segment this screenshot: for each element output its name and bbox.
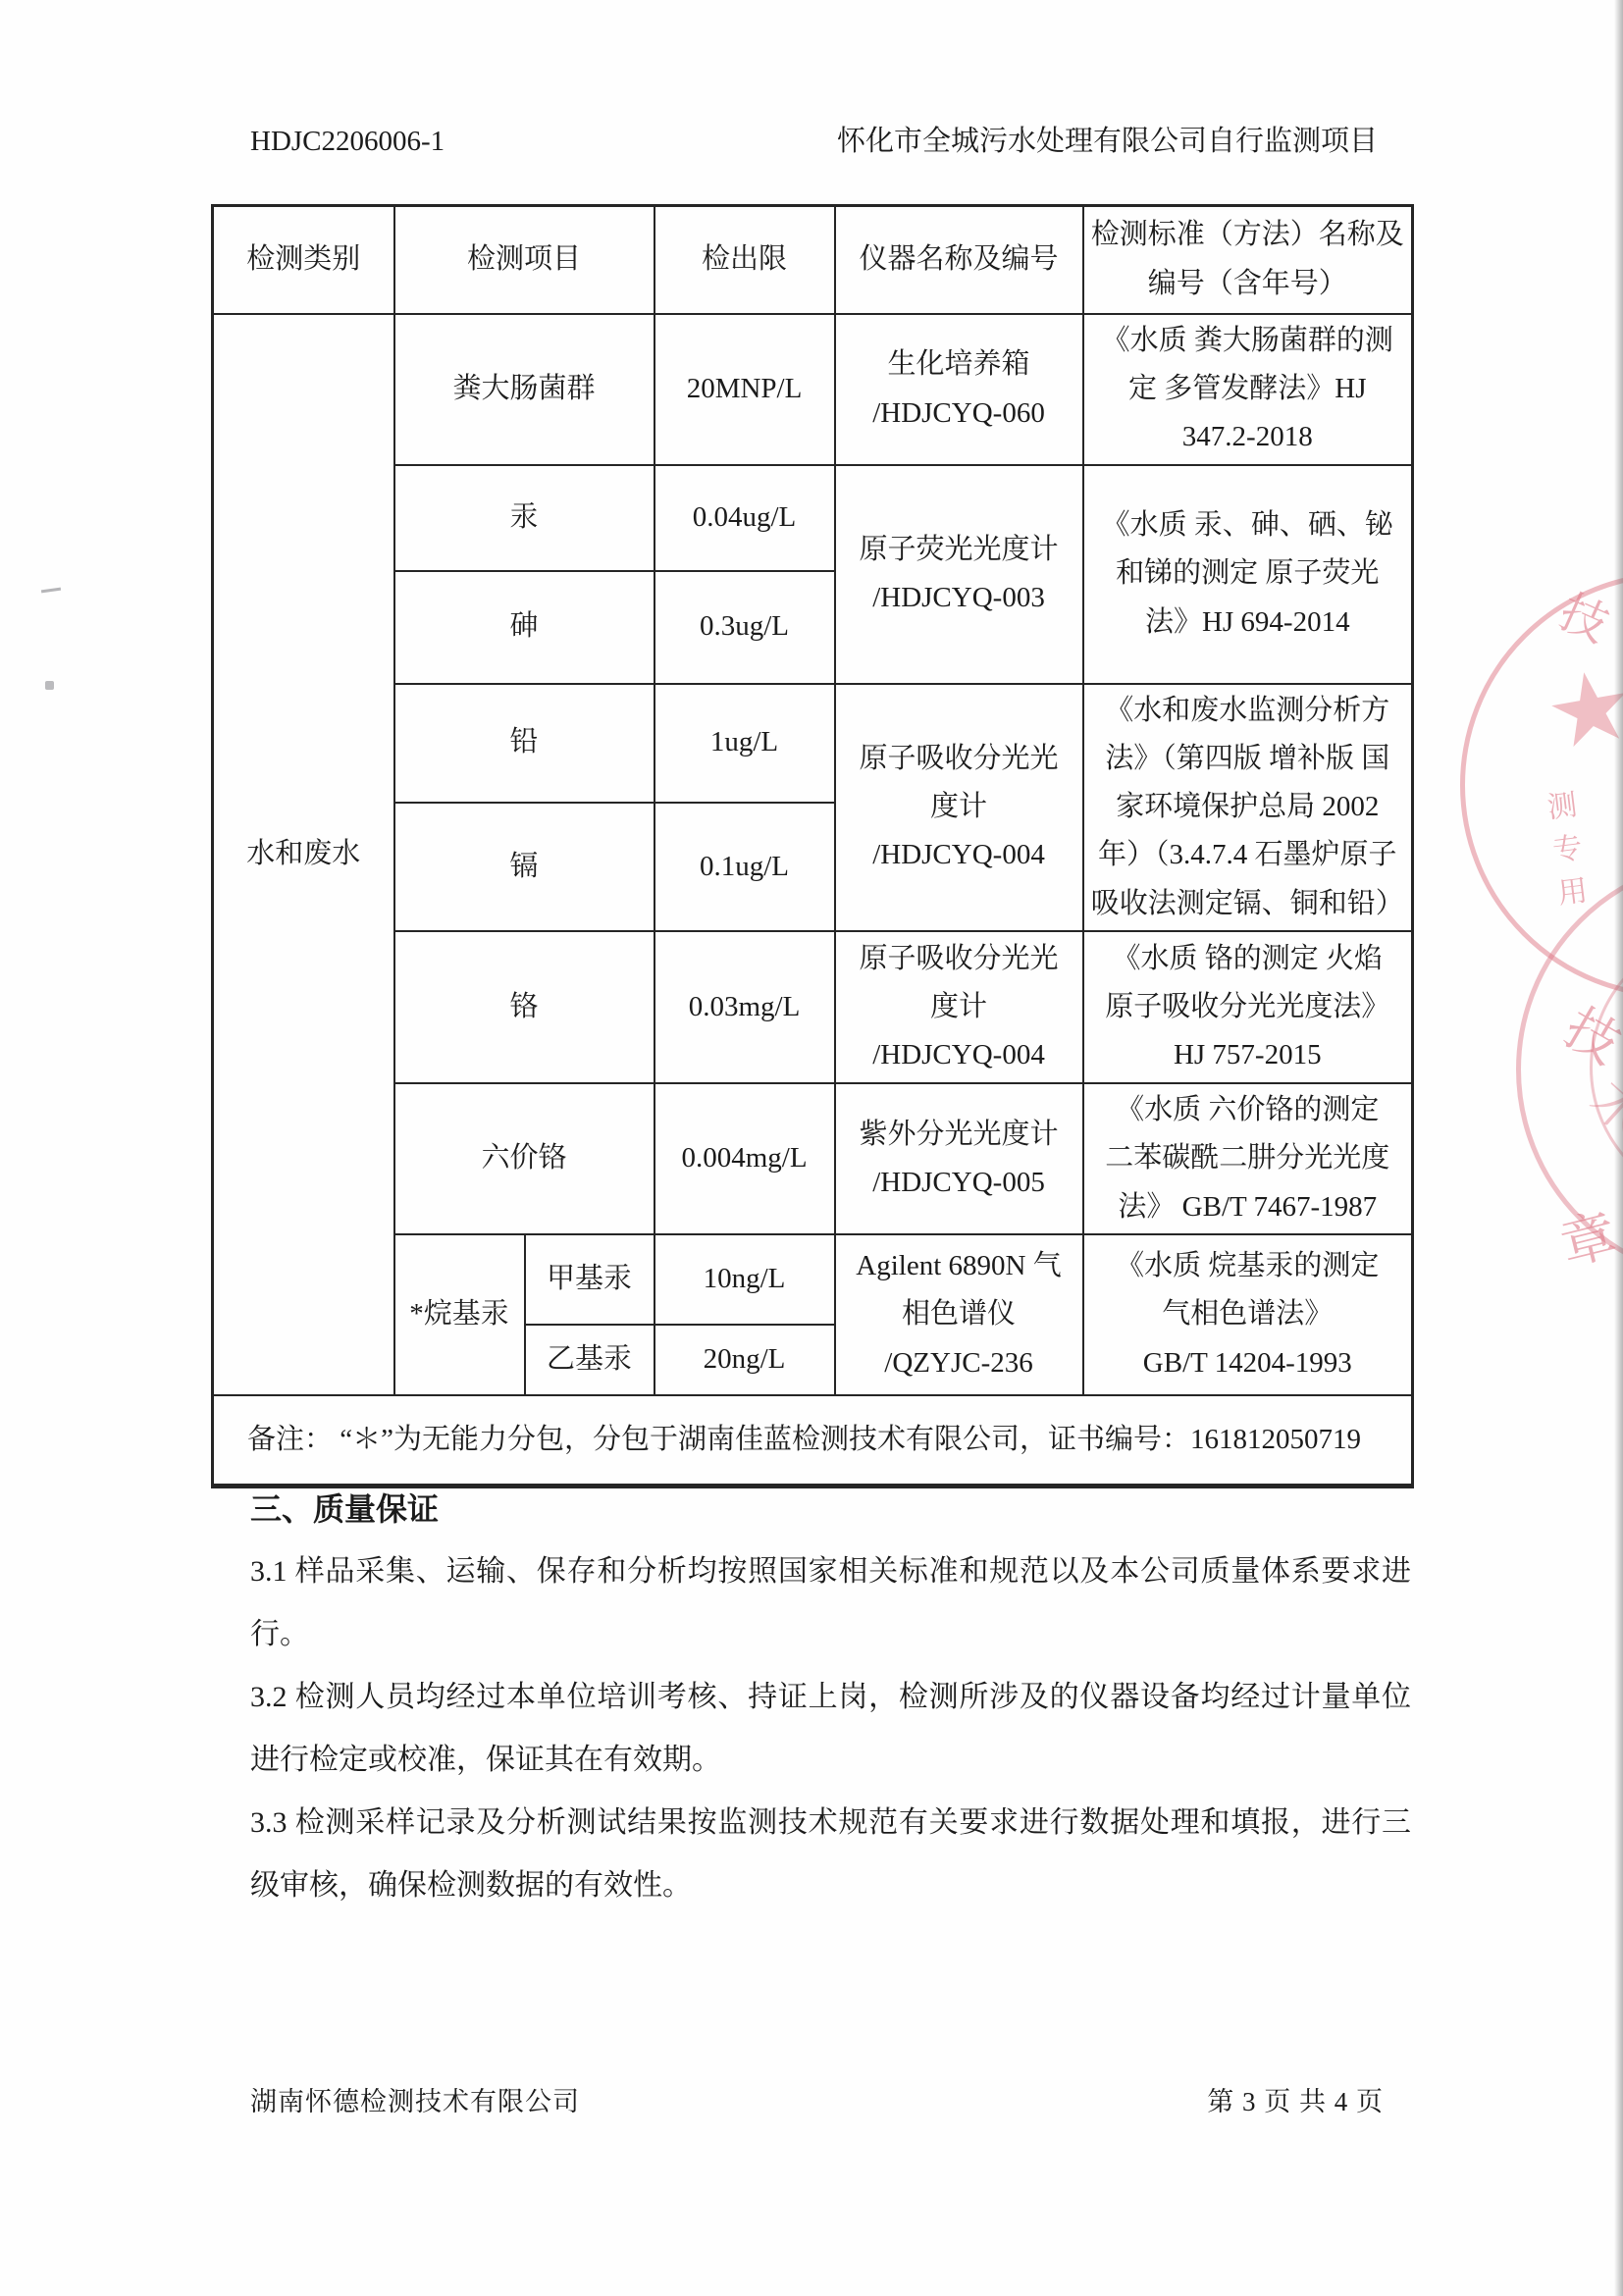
stamp-star-icon: ★ [1538, 645, 1623, 773]
cell-standard: 《水质 粪大肠菌群的测 定 多管发酵法》HJ 347.2-2018 [1083, 314, 1413, 465]
cell-standard: 《水质 汞、砷、硒、铋 和锑的测定 原子荧光 法》HJ 694-2014 [1083, 465, 1413, 684]
section-title: 三、质量保证 [250, 1478, 1411, 1540]
cell-limit: 10ng/L [654, 1234, 835, 1325]
cell-instrument: 紫外分光光度计 /HDJCYQ-005 [835, 1083, 1083, 1234]
table-header-row: 检测类别 检测项目 检出限 仪器名称及编号 检测标准（方法）名称及 编号（含年号… [213, 206, 1413, 314]
cell-standard: 《水质 烷基汞的测定 气相色谱法》 GB/T 14204-1993 [1083, 1234, 1413, 1395]
cell-item: 乙基汞 [525, 1325, 654, 1395]
stamp-circle-icon [1516, 857, 1623, 1282]
paragraph-3-2: 3.2 检测人员均经过本单位培训考核、持证上岗，检测所涉及的仪器设备均经过计量单… [250, 1666, 1411, 1792]
cell-standard: 《水和废水监测分析方 法》（第四版 增补版 国 家环境保护总局 2002 年）（… [1083, 684, 1413, 931]
cell-limit: 0.004mg/L [654, 1083, 835, 1234]
table-remark-row: 备注： “＊”为无能力分包，分包于湖南佳蓝检测技术有限公司，证书编号：16181… [213, 1395, 1413, 1487]
header-limit: 检出限 [654, 206, 835, 314]
page-footer: 湖南怀德检测技术有限公司 第 3 页 共 4 页 [250, 2084, 1384, 2119]
monitoring-items-table: 检测类别 检测项目 检出限 仪器名称及编号 检测标准（方法）名称及 编号（含年号… [211, 204, 1414, 1488]
cell-item: 镉 [394, 803, 654, 931]
cell-limit: 0.04ug/L [654, 465, 835, 571]
scan-edge-shadow [1614, 0, 1623, 2296]
header-category: 检测类别 [213, 206, 394, 314]
stamp-circle-icon [1460, 572, 1623, 998]
page-header: HDJC2206006-1 怀化市全城污水处理有限公司自行监测项目 [250, 122, 1378, 161]
header-standard: 检测标准（方法）名称及 编号（含年号） [1083, 206, 1413, 314]
header-item: 检测项目 [394, 206, 654, 314]
cell-category: 水和废水 [213, 314, 394, 1395]
stamp-bottom-text: 测专用 [1544, 779, 1595, 912]
cell-instrument: 原子吸收分光光 度计 /HDJCYQ-004 [835, 684, 1083, 931]
cell-instrument: 原子吸收分光光 度计 /HDJCYQ-004 [835, 931, 1083, 1083]
paragraph-3-3: 3.3 检测采样记录及分析测试结果按监测技术规范有关要求进行数据处理和填报，进行… [250, 1792, 1411, 1917]
remark-text: 备注： “＊”为无能力分包，分包于湖南佳蓝检测技术有限公司，证书编号：16181… [213, 1395, 1413, 1487]
project-title: 怀化市全城污水处理有限公司自行监测项目 [837, 122, 1378, 161]
scanned-report-page: HDJC2206006-1 怀化市全城污水处理有限公司自行监测项目 检测类别 检… [0, 0, 1623, 2296]
cell-limit: 20ng/L [654, 1325, 835, 1395]
cell-instrument: 原子荧光光度计 /HDJCYQ-003 [835, 465, 1083, 684]
stamp-character: 章 [1551, 1191, 1623, 1280]
cell-limit: 0.03mg/L [654, 931, 835, 1083]
quality-assurance-section: 三、质量保证 3.1 样品采集、运输、保存和分析均按照国家相关标准和规范以及本公… [250, 1478, 1411, 1917]
scan-speck [41, 588, 61, 594]
footer-company-name: 湖南怀德检测技术有限公司 [250, 2084, 580, 2119]
cell-standard: 《水质 六价铬的测定 二苯碳酰二肼分光光度 法》 GB/T 7467-1987 [1083, 1083, 1413, 1234]
cell-limit: 0.3ug/L [654, 571, 835, 684]
cell-item: 甲基汞 [525, 1234, 654, 1325]
document-number: HDJC2206006-1 [250, 122, 445, 161]
header-instrument: 仪器名称及编号 [835, 206, 1083, 314]
stamp-character: 技 [1550, 574, 1621, 655]
table-row-fecal-coliform: 水和废水 粪大肠菌群 20MNP/L 生化培养箱 /HDJCYQ-060 《水质… [213, 314, 1413, 465]
cell-instrument: 生化培养箱 /HDJCYQ-060 [835, 314, 1083, 465]
scan-speck [45, 681, 54, 690]
cell-limit: 1ug/L [654, 684, 835, 803]
cell-item: 汞 [394, 465, 654, 571]
cell-instrument: Agilent 6890N 气 相色谱仪 /QZYJC-236 [835, 1234, 1083, 1395]
paragraph-3-1: 3.1 样品采集、运输、保存和分析均按照国家相关标准和规范以及本公司质量体系要求… [250, 1540, 1411, 1666]
cell-item-group: *烷基汞 [394, 1234, 525, 1395]
cell-item: 粪大肠菌群 [394, 314, 654, 465]
cell-item: 六价铬 [394, 1083, 654, 1234]
cell-limit: 20MNP/L [654, 314, 835, 465]
cell-standard: 《水质 铬的测定 火焰 原子吸收分光光度法》 HJ 757-2015 [1083, 931, 1413, 1083]
cell-item: 铬 [394, 931, 654, 1083]
stamp-character: 技 [1552, 987, 1623, 1079]
footer-page-number: 第 3 页 共 4 页 [1207, 2084, 1384, 2119]
cell-item: 砷 [394, 571, 654, 684]
cell-limit: 0.1ug/L [654, 803, 835, 931]
cell-item: 铅 [394, 684, 654, 803]
